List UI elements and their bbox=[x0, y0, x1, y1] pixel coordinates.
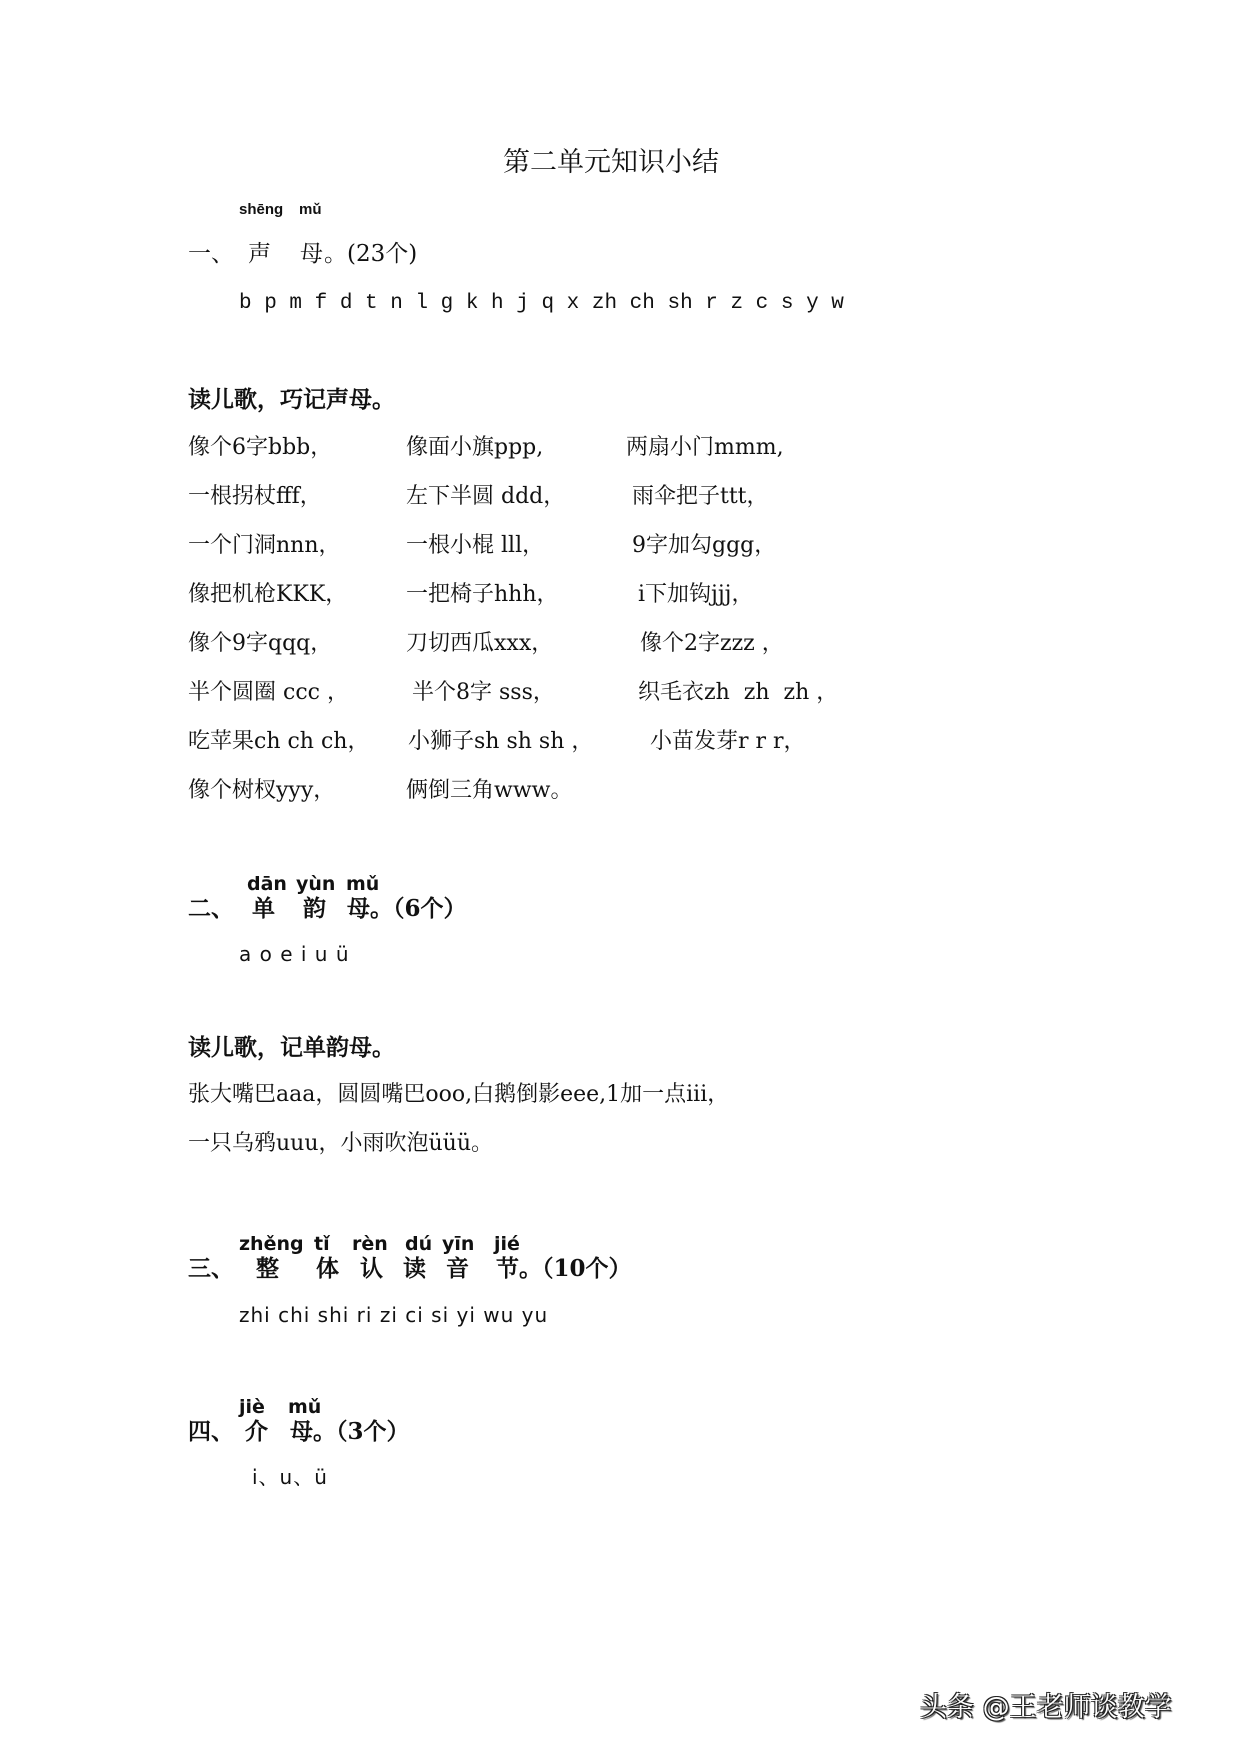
song-line: 张大嘴巴aaa，圆圆嘴巴ooo,白鹅倒影eee,1加一点iii， bbox=[188, 1084, 729, 1106]
song-cell: 半个8字 sss， bbox=[412, 682, 555, 704]
heading-char: 单 bbox=[252, 897, 275, 920]
heading-char: 母 bbox=[300, 243, 323, 266]
song-cell: 小苗发芽r r r， bbox=[650, 731, 806, 753]
song-cell: 雨伞把子ttt， bbox=[632, 486, 769, 508]
heading-char: 读 bbox=[403, 1257, 426, 1280]
song-cell: 像把机枪KKK， bbox=[188, 584, 347, 606]
heading-char: 整 bbox=[256, 1257, 279, 1280]
song-cell: 一把椅子hhh， bbox=[406, 584, 559, 606]
song-cell: 像个2字zzz ， bbox=[640, 633, 784, 655]
song-cell: i下加钩jjj， bbox=[638, 584, 754, 606]
single-finals-list: a o e i u ü bbox=[239, 944, 350, 964]
pinyin-annotation: mǔ bbox=[299, 202, 322, 217]
song-cell: 一根小棍 lll， bbox=[406, 535, 544, 557]
pinyin-annotation: jiè bbox=[239, 1398, 265, 1417]
heading-char: 节 bbox=[496, 1257, 519, 1280]
pinyin-annotation: mǔ bbox=[288, 1398, 321, 1417]
song-cell: 两扇小门mmm, bbox=[626, 437, 784, 459]
whole-syllables-list: zhi chi shi ri zi ci si yi wu yu bbox=[239, 1305, 548, 1325]
pinyin-annotation: zhěng bbox=[239, 1235, 304, 1254]
song-cell: 一根拐杖fff， bbox=[188, 486, 322, 508]
section-number: 一、 bbox=[188, 243, 234, 266]
song-cell: 半个圆圈 ccc ， bbox=[188, 682, 349, 704]
song-cell: 织毛衣zh zh zh ， bbox=[638, 682, 838, 704]
pinyin-annotation: shēng bbox=[239, 202, 283, 217]
heading-char: 认 bbox=[360, 1257, 383, 1280]
pinyin-annotation: dān bbox=[247, 875, 287, 894]
pinyin-annotation: jié bbox=[494, 1235, 520, 1254]
heading-char: 母 bbox=[290, 1420, 313, 1443]
pinyin-annotation: tǐ bbox=[314, 1235, 330, 1254]
heading-count: 。（6个） bbox=[370, 897, 467, 920]
heading-char: 声 bbox=[248, 243, 271, 266]
pinyin-annotation: yùn bbox=[296, 875, 335, 894]
song-cell: 像个9字qqq， bbox=[188, 633, 332, 655]
watermark: 头条 @王老师谈教学 bbox=[920, 1694, 1172, 1721]
heading-count: 。(23个) bbox=[324, 243, 417, 266]
song-cell: 像面小旗ppp, bbox=[406, 437, 543, 459]
section-number: 三、 bbox=[188, 1257, 234, 1280]
pinyin-annotation: mǔ bbox=[346, 875, 379, 894]
song-cell: 吃苹果ch ch ch， bbox=[188, 731, 369, 753]
song-title: 读儿歌，巧记声母。 bbox=[188, 388, 395, 411]
heading-char: 韵 bbox=[303, 897, 326, 920]
heading-char: 音 bbox=[446, 1257, 469, 1280]
medials-list: i、u、ü bbox=[252, 1467, 328, 1487]
initials-list: b p m f d t n l g k h j q x zh ch sh r z… bbox=[239, 293, 844, 314]
song-cell: 像个树杈yyy， bbox=[188, 780, 335, 802]
page-title: 第二单元知识小结 bbox=[503, 149, 719, 176]
heading-char: 母 bbox=[347, 897, 370, 920]
song-cell: 9字加勾ggg， bbox=[632, 535, 776, 557]
pinyin-annotation: rèn bbox=[352, 1235, 388, 1254]
heading-count: 。（3个） bbox=[313, 1420, 410, 1443]
section-number: 二、 bbox=[188, 897, 234, 920]
pinyin-annotation: yīn bbox=[442, 1235, 474, 1254]
section-number: 四、 bbox=[188, 1420, 234, 1443]
song-cell: 一个门洞nnn， bbox=[188, 535, 341, 557]
song-cell: 刀切西瓜xxx， bbox=[406, 633, 553, 655]
heading-char: 体 bbox=[316, 1257, 339, 1280]
heading-count: 。（10个） bbox=[519, 1257, 632, 1280]
song-cell: 小狮子sh sh sh ， bbox=[408, 731, 593, 753]
song-title: 读儿歌，记单韵母。 bbox=[188, 1036, 395, 1059]
pinyin-annotation: dú bbox=[405, 1235, 432, 1254]
song-cell: 像个6字bbb， bbox=[188, 437, 332, 459]
song-cell: 左下半圆 ddd， bbox=[406, 486, 565, 508]
song-cell: 俩倒三角www。 bbox=[406, 780, 573, 802]
song-line: 一只乌鸦uuu，小雨吹泡üüü。 bbox=[188, 1133, 493, 1155]
heading-char: 介 bbox=[245, 1420, 268, 1443]
